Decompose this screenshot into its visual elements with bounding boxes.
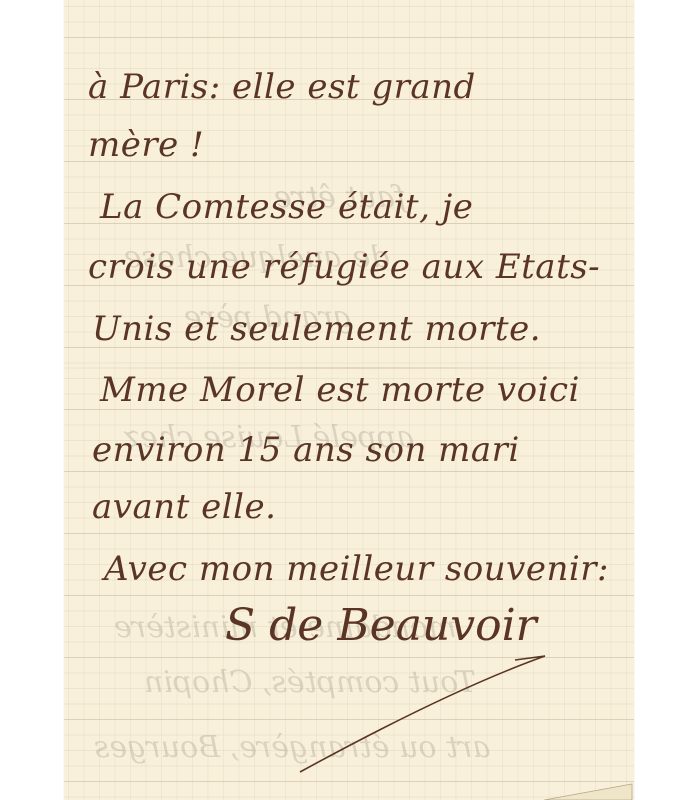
bleed-through-text: art ou étrangère, Bourges bbox=[94, 730, 490, 765]
letter-line-4: crois une réfugiée aux Etats- bbox=[88, 250, 600, 284]
paper-fold-crease bbox=[64, 367, 634, 369]
letter-line-6: Mme Morel est morte voici bbox=[100, 373, 580, 407]
paper-corner-curl bbox=[544, 780, 634, 800]
letter-line-1: à Paris: elle est grand bbox=[88, 70, 476, 104]
letter-line-7: environ 15 ans son mari bbox=[92, 433, 520, 467]
letter-line-5: Unis et seulement morte. bbox=[92, 312, 541, 346]
letter-line-2: mère ! bbox=[88, 128, 204, 162]
letter-line-8: avant elle. bbox=[92, 490, 276, 524]
bleed-through-text: Tout comptés, Chopin bbox=[144, 665, 476, 700]
letter-line-3: La Comtesse était, je bbox=[100, 190, 473, 224]
signature: S de Beauvoir bbox=[225, 600, 537, 651]
letter-line-9: Avec mon meilleur souvenir: bbox=[104, 552, 609, 586]
